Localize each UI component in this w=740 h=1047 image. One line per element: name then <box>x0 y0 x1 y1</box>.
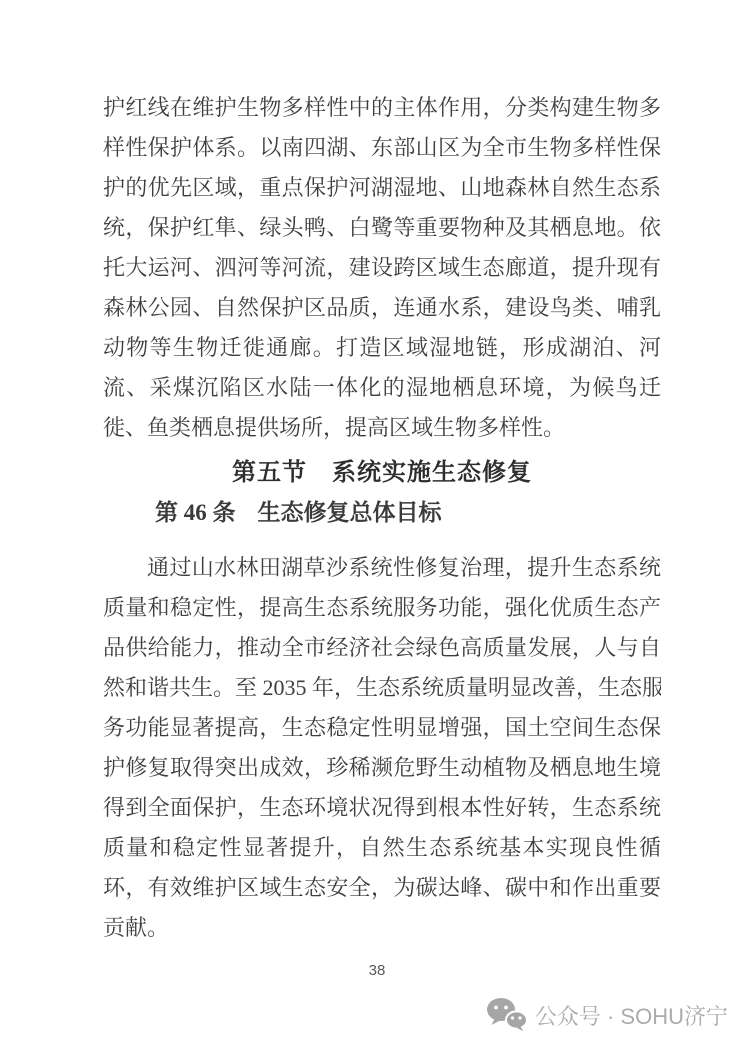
body-line: 品供给能力，推动全市经济社会绿色高质量发展，人与自 <box>103 628 661 668</box>
body-line: 质量和稳定性显著提升，自然生态系统基本实现良性循 <box>103 828 661 868</box>
body-line: 质量和稳定性，提高生态系统服务功能，强化优质生态产 <box>103 588 661 628</box>
body-line: 流、采煤沉陷区水陆一体化的湿地栖息环境，为候鸟迁 <box>103 368 661 408</box>
body-line: 务功能显著提高，生态稳定性明显增强，国土空间生态保 <box>103 708 661 748</box>
body-line: 贡献。 <box>103 908 661 948</box>
body-line: 森林公园、自然保护区品质，连通水系，建设鸟类、哺乳 <box>103 288 661 328</box>
article-number: 第 46 条 <box>155 500 236 525</box>
article-heading: 第 46 条生态修复总体目标 <box>103 493 661 533</box>
body-line: 护的优先区域，重点保护河湖湿地、山地森林自然生态系 <box>103 168 661 208</box>
document-page: 护红线在维护生物多样性中的主体作用，分类构建生物多 样性保护体系。以南四湖、东部… <box>0 0 740 1047</box>
body-line: 样性保护体系。以南四湖、东部山区为全市生物多样性保 <box>103 128 661 168</box>
body-line: 环，有效维护区域生态安全，为碳达峰、碳中和作出重要 <box>103 868 661 908</box>
page-number: 38 <box>0 962 740 979</box>
body-line: 得到全面保护，生态环境状况得到根本性好转，生态系统 <box>103 788 661 828</box>
paragraph-1: 护红线在维护生物多样性中的主体作用，分类构建生物多 样性保护体系。以南四湖、东部… <box>103 88 661 448</box>
watermark-text: 公众号 · SOHU济宁 <box>535 1000 728 1031</box>
body-line: 托大运河、泗河等河流，建设跨区域生态廊道，提升现有 <box>103 248 661 288</box>
watermark: 公众号 · SOHU济宁 <box>486 997 728 1033</box>
body-line: 动物等生物迁徙通廊。打造区域湿地链，形成湖泊、河 <box>103 328 661 368</box>
body-line: 徙、鱼类栖息提供场所，提高区域生物多样性。 <box>103 408 661 448</box>
body-line: 然和谐共生。至 2035 年，生态系统质量明显改善，生态服 <box>103 668 661 708</box>
paragraph-2: 通过山水林田湖草沙系统性修复治理，提升生态系统 质量和稳定性，提高生态系统服务功… <box>103 548 661 948</box>
body-line: 护修复取得突出成效，珍稀濒危野生动植物及栖息地生境 <box>103 748 661 788</box>
article-title: 生态修复总体目标 <box>258 500 442 525</box>
body-line: 统，保护红隼、绿头鸭、白鹭等重要物种及其栖息地。依 <box>103 208 661 248</box>
body-line: 通过山水林田湖草沙系统性修复治理，提升生态系统 <box>103 548 661 588</box>
section-heading: 第五节 系统实施生态修复 <box>103 453 661 493</box>
body-line: 护红线在维护生物多样性中的主体作用，分类构建生物多 <box>103 88 661 128</box>
wechat-icon <box>486 997 528 1033</box>
page-content: 护红线在维护生物多样性中的主体作用，分类构建生物多 样性保护体系。以南四湖、东部… <box>103 88 661 948</box>
